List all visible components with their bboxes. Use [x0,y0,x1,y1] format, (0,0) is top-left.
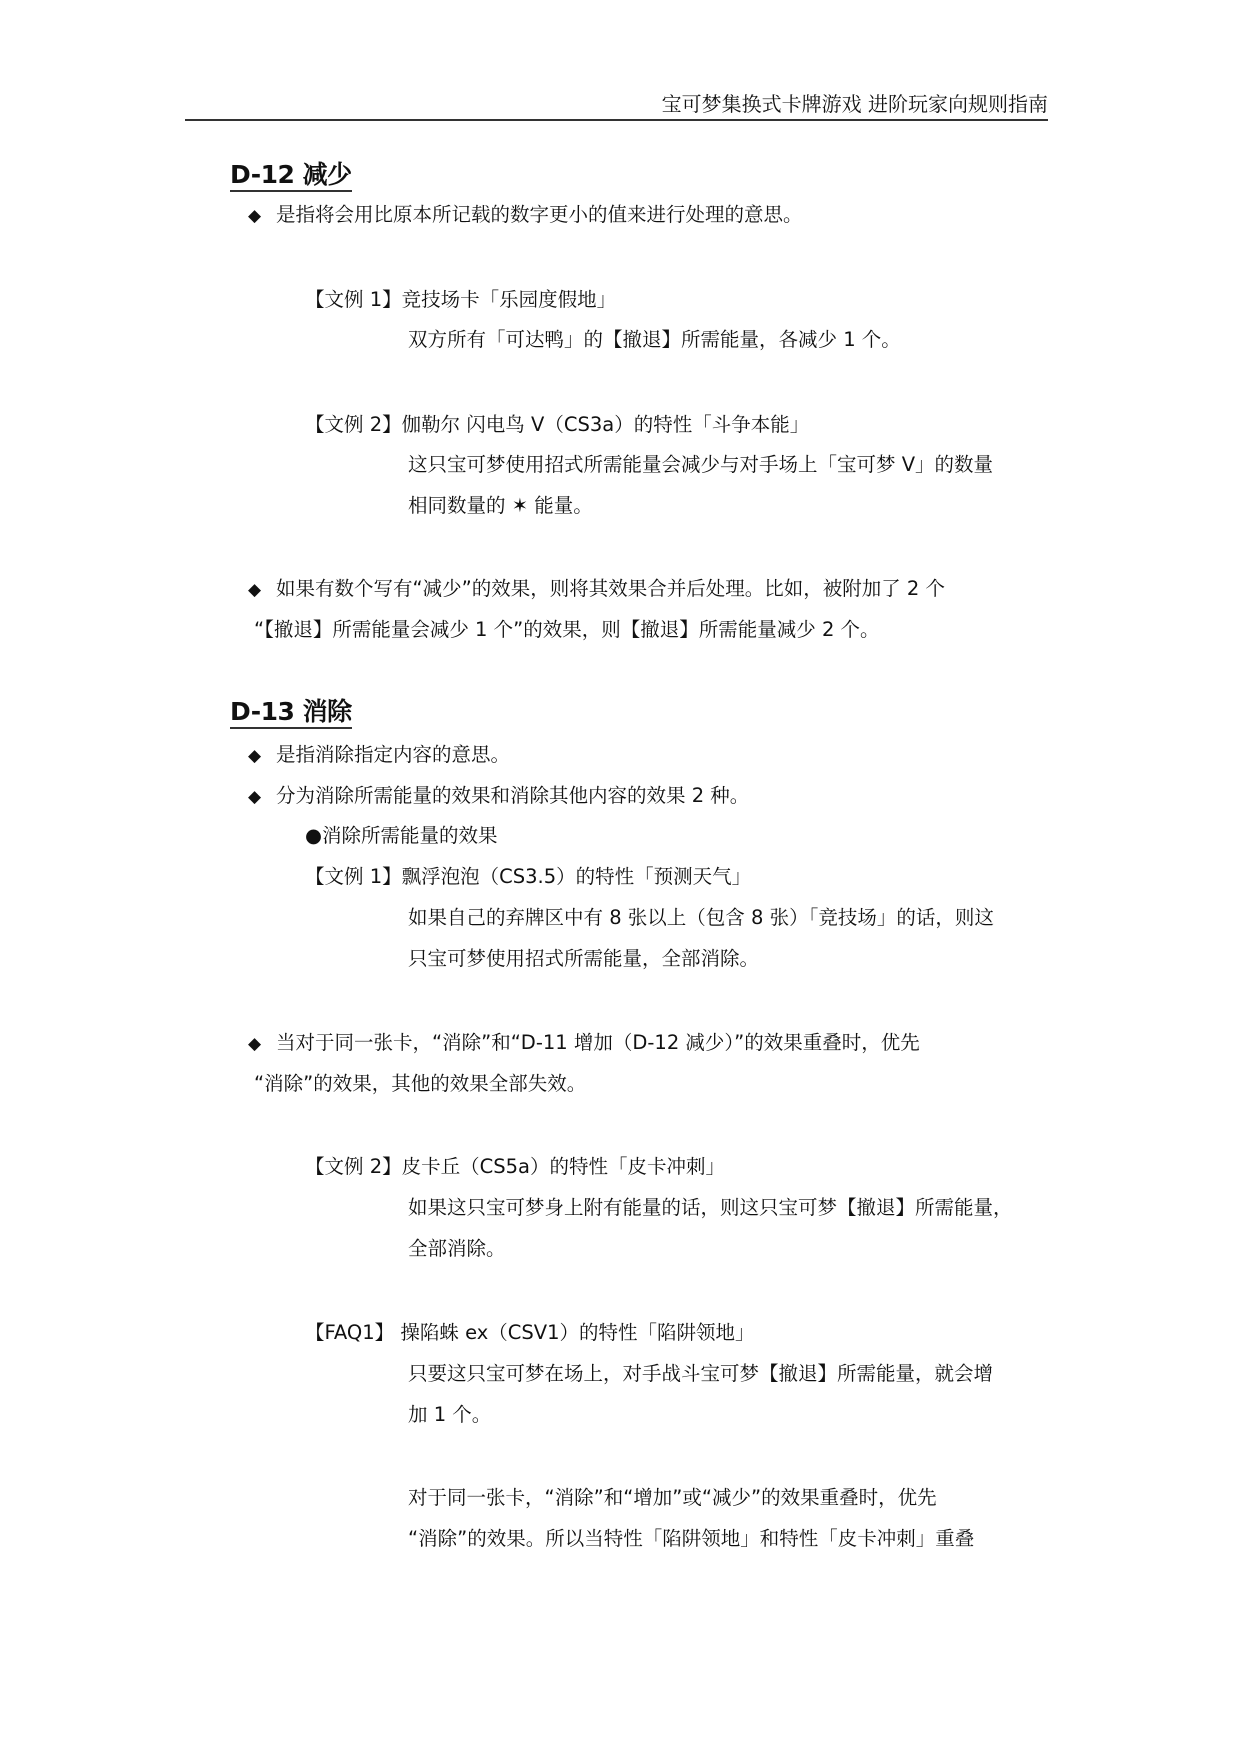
example-text: 只宝可梦使用招式所需能量，全部消除。 [408,947,759,971]
bullet-text: 如果有数个写有“减少”的效果，则将其效果合并后处理。比如，被附加了 2 个 [276,577,945,600]
section-heading-d12: D-12 减少 [230,160,352,192]
sub-bullet: ●消除所需能量的效果 [305,824,498,848]
example-label: 【文例 2】皮卡丘（CS5a）的特性「皮卡冲刺」 [305,1155,725,1179]
faq-text: “消除”的效果。所以当特性「陷阱领地」和特性「皮卡冲刺」重叠 [408,1527,974,1551]
example-text: 这只宝可梦使用招式所需能量会减少与对手场上「宝可梦 V」的数量 [408,453,993,477]
bullet-continuation: “消除”的效果，其他的效果全部失效。 [254,1072,586,1096]
diamond-bullet-icon: ◆ [248,578,276,602]
bullet-text: 是指消除指定内容的意思。 [276,743,510,766]
example-text: 如果这只宝可梦身上附有能量的话，则这只宝可梦【撤退】所需能量， [408,1196,1013,1220]
bullet-text: 当对于同一张卡，“消除”和“D-11 增加（D-12 减少）”的效果重叠时，优先 [276,1031,920,1054]
bullet-item: ◆分为消除所需能量的效果和消除其他内容的效果 2 种。 [248,784,749,809]
faq-text: 加 1 个。 [408,1403,491,1427]
example-text: 如果自己的弃牌区中有 8 张以上（包含 8 张）「竞技场」的话，则这 [408,906,994,930]
example-text: 双方所有「可达鸭」的【撤退】所需能量，各减少 1 个。 [408,328,901,352]
section-heading-d13: D-13 消除 [230,697,352,729]
diamond-bullet-icon: ◆ [248,785,276,809]
diamond-bullet-icon: ◆ [248,204,276,228]
header-divider [185,119,1048,121]
example-text: 相同数量的 ✶ 能量。 [408,494,593,518]
diamond-bullet-icon: ◆ [248,1032,276,1056]
faq-label: 【FAQ1】 操陷蛛 ex（CSV1）的特性「陷阱领地」 [305,1321,755,1345]
bullet-item: ◆当对于同一张卡，“消除”和“D-11 增加（D-12 减少）”的效果重叠时，优… [248,1031,920,1056]
faq-text: 对于同一张卡，“消除”和“增加”或“减少”的效果重叠时，优先 [408,1486,937,1510]
bullet-text: 分为消除所需能量的效果和消除其他内容的效果 2 种。 [276,784,749,807]
bullet-item: ◆是指消除指定内容的意思。 [248,743,510,768]
bullet-text: 是指将会用比原本所记载的数字更小的值来进行处理的意思。 [276,203,803,226]
example-text: 全部消除。 [408,1237,506,1261]
document-header-title: 宝可梦集换式卡牌游戏 进阶玩家向规则指南 [600,88,1048,117]
bullet-item: ◆如果有数个写有“减少”的效果，则将其效果合并后处理。比如，被附加了 2 个 [248,577,945,602]
example-label: 【文例 2】伽勒尔 闪电鸟 V（CS3a）的特性「斗争本能」 [305,413,809,437]
bullet-item: ◆是指将会用比原本所记载的数字更小的值来进行处理的意思。 [248,203,803,228]
faq-text: 只要这只宝可梦在场上，对手战斗宝可梦【撤退】所需能量，就会增 [408,1362,993,1386]
diamond-bullet-icon: ◆ [248,744,276,768]
example-label: 【文例 1】飘浮泡泡（CS3.5）的特性「预测天气」 [305,865,751,889]
bullet-continuation: “【撤退】所需能量会减少 1 个”的效果，则【撤退】所需能量减少 2 个。 [254,618,880,642]
example-label: 【文例 1】竞技场卡「乐园度假地」 [305,288,616,312]
